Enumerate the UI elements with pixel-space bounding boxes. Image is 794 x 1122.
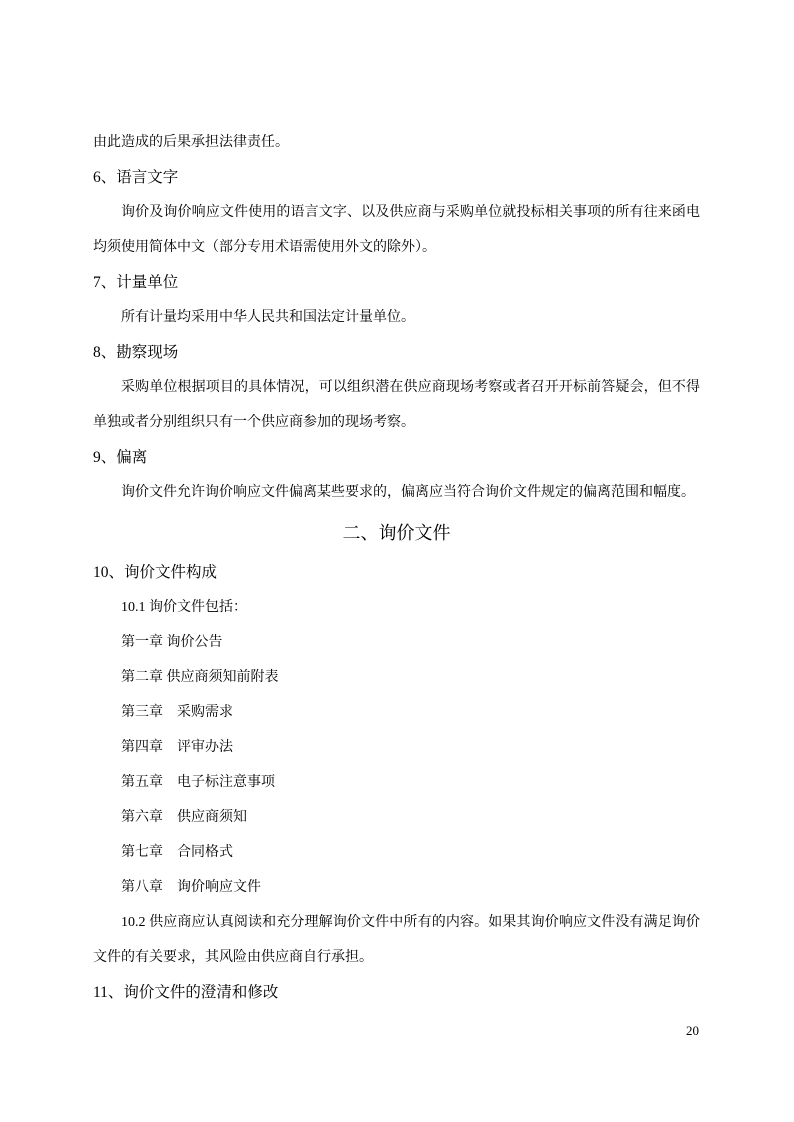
page-number: 20 xyxy=(686,1024,699,1038)
section-heading-language: 6、语言文字 xyxy=(93,160,700,195)
chapter-item-3: 第三章 采购需求 xyxy=(93,695,700,730)
paragraph-site-survey: 采购单位根据项目的具体情况，可以组织潜在供应商现场考察或者召开开标前答疑会，但不… xyxy=(93,370,700,440)
section-heading-clarification-amendment: 11、询价文件的澄清和修改 xyxy=(93,975,700,1010)
chapter-item-5: 第五章 电子标注意事项 xyxy=(93,765,700,800)
chapter-item-8: 第八章 询价响应文件 xyxy=(93,870,700,905)
paragraph-language: 询价及询价响应文件使用的语言文字、以及供应商与采购单位就投标相关事项的所有往来函… xyxy=(93,195,700,265)
chapter-item-4: 第四章 评审办法 xyxy=(93,730,700,765)
part-heading-inquiry-document: 二、询价文件 xyxy=(93,516,700,551)
chapter-item-2: 第二章 供应商须知前附表 xyxy=(93,660,700,695)
section-heading-measurement-unit: 7、计量单位 xyxy=(93,265,700,300)
section-heading-site-survey: 8、勘察现场 xyxy=(93,335,700,370)
paragraph-10-2: 10.2 供应商应认真阅读和充分理解询价文件中所有的内容。如果其询价响应文件没有… xyxy=(93,905,700,975)
paragraph-deviation: 询价文件允许询价响应文件偏离某些要求的，偏离应当符合询价文件规定的偏离范围和幅度… xyxy=(93,475,700,510)
paragraph-measurement-unit: 所有计量均采用中华人民共和国法定计量单位。 xyxy=(93,300,700,335)
section-heading-deviation: 9、偏离 xyxy=(93,440,700,475)
paragraph-10-1-intro: 10.1 询价文件包括： xyxy=(93,590,700,625)
section-heading-document-composition: 10、询价文件构成 xyxy=(93,555,700,590)
document-content: 由此造成的后果承担法律责任。 6、语言文字 询价及询价响应文件使用的语言文字、以… xyxy=(93,125,700,1010)
chapter-item-7: 第七章 合同格式 xyxy=(93,835,700,870)
chapter-item-1: 第一章 询价公告 xyxy=(93,625,700,660)
chapter-item-6: 第六章 供应商须知 xyxy=(93,800,700,835)
paragraph-continuation: 由此造成的后果承担法律责任。 xyxy=(93,125,700,160)
document-page: 由此造成的后果承担法律责任。 6、语言文字 询价及询价响应文件使用的语言文字、以… xyxy=(0,0,794,1122)
